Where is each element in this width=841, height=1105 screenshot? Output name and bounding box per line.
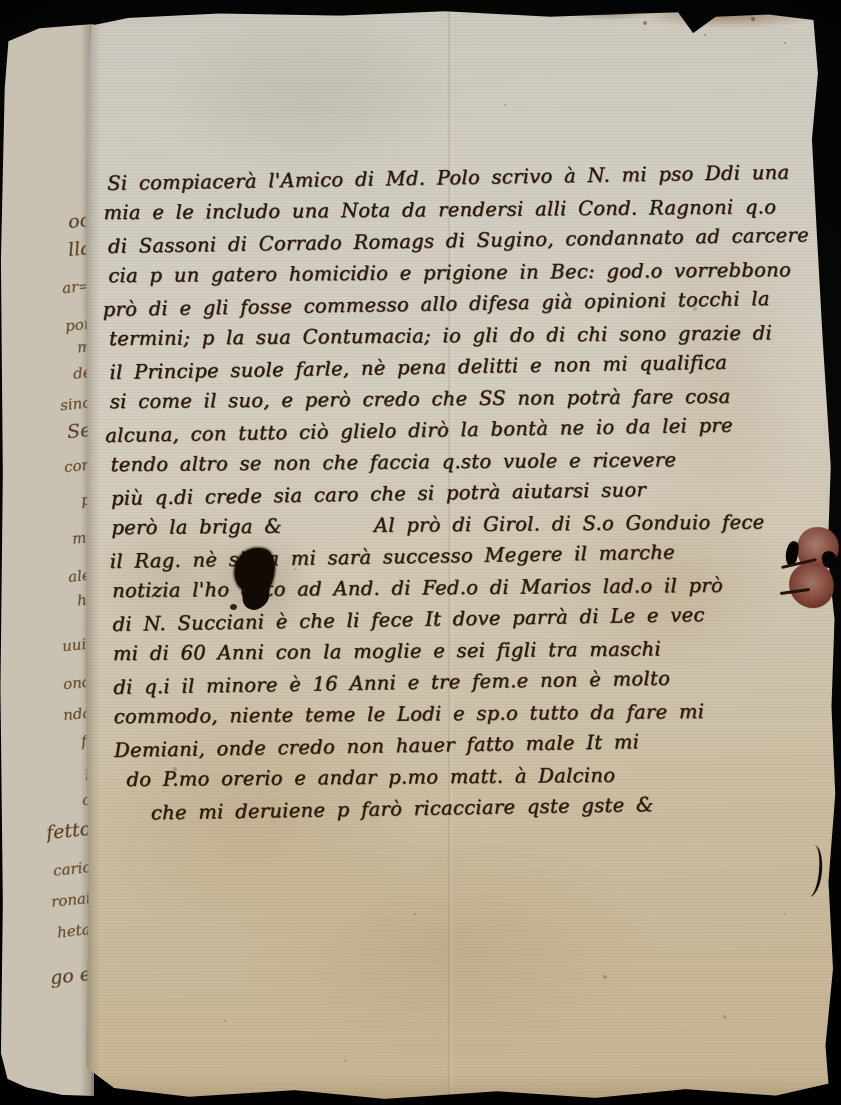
left-page-edge: oo lla ar= por m de sino Se con p mi ale… (0, 24, 94, 1096)
aged-bottom-band (84, 1074, 836, 1100)
letter-text-block: Si compiacerà l'Amico di Md. Polo scrivo… (107, 158, 827, 828)
scanned-letter-photo: oo lla ar= por m de sino Se con p mi ale… (0, 0, 841, 1105)
ink-blot-drop (230, 604, 237, 610)
foxing-specks (84, 8, 86, 10)
letter-page: Si compiacerà l'Amico di Md. Polo scrivo… (84, 8, 836, 1100)
